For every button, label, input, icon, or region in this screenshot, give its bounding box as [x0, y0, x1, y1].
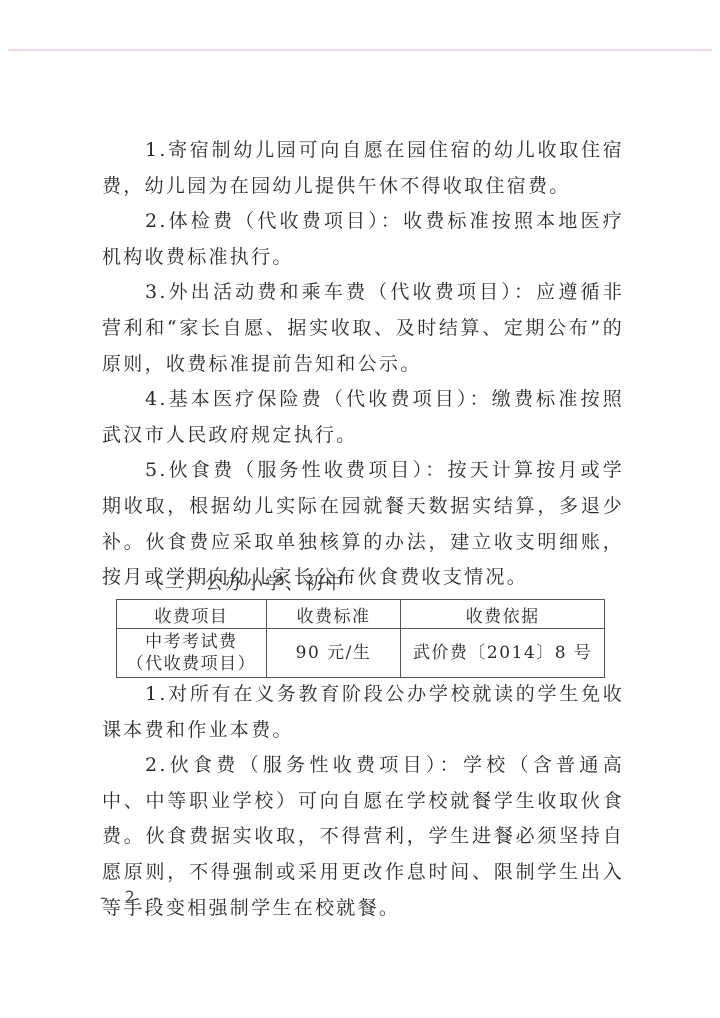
fee-item-type: （代收费项目） — [117, 653, 266, 675]
header-rule — [8, 49, 712, 51]
fee-table: 收费项目 收费标准 收费依据 中考考试费 （代收费项目） 90 元/生 武价费〔… — [116, 599, 605, 678]
table-row: 中考考试费 （代收费项目） 90 元/生 武价费〔2014〕8 号 — [117, 629, 605, 678]
note-medical-insurance-fee: 4.基本医疗保险费（代收费项目）：缴费标准按照武汉市人民政府规定执行。 — [102, 382, 624, 453]
note-health-check-fee: 2.体检费（代收费项目）：收费标准按照本地医疗机构收费标准执行。 — [102, 204, 624, 275]
kindergarten-fee-notes: 1.寄宿制幼儿园可向自愿在园住宿的幼儿收取住宿费，幼儿园为在园幼儿提供午休不得收… — [102, 133, 624, 596]
header-fee-basis: 收费依据 — [401, 600, 605, 629]
fee-table-header-row: 收费项目 收费标准 收费依据 — [117, 600, 605, 629]
header-fee-standard: 收费标准 — [266, 600, 401, 629]
header-fee-item: 收费项目 — [117, 600, 267, 629]
fee-item-name: 中考考试费 — [117, 631, 266, 653]
page-number: - 2 - — [98, 888, 164, 908]
cell-fee-standard: 90 元/生 — [266, 629, 401, 678]
note-boarding-fee: 1.寄宿制幼儿园可向自愿在园住宿的幼儿收取住宿费，幼儿园为在园幼儿提供午休不得收… — [102, 133, 624, 204]
section-heading-primary-middle-school: （二）公办小学、初中 — [102, 570, 345, 598]
note-school-meal-fee: 2.伙食费（服务性收费项目）：学校（含普通高中、中等职业学校）可向自愿在学校就餐… — [102, 748, 624, 926]
school-fee-notes: 1.对所有在义务教育阶段公办学校就读的学生免收课本费和作业本费。 2.伙食费（服… — [102, 677, 624, 926]
note-textbook-exemption: 1.对所有在义务教育阶段公办学校就读的学生免收课本费和作业本费。 — [102, 677, 624, 748]
cell-fee-item: 中考考试费 （代收费项目） — [117, 629, 267, 678]
cell-fee-basis: 武价费〔2014〕8 号 — [401, 629, 605, 678]
note-outing-transport-fee: 3.外出活动费和乘车费（代收费项目）：应遵循非营利和“家长自愿、据实收取、及时结… — [102, 275, 624, 382]
